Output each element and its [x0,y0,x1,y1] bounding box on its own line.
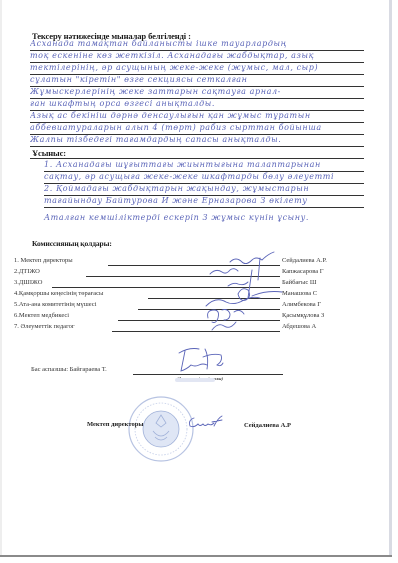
director-name: Сейдалиева А.Р [244,422,291,429]
page-edge-right [389,0,392,556]
page-edge-bottom [0,555,392,557]
findings-line: Жұмыскерлерінің жеке заттарын сақтауға а… [30,87,364,99]
commission-row: 4.Қамқоршы кеңесінің төрағасы Манашова С [14,289,344,300]
commission-row: 6.Мектеп медбикесі Қасымқұлова З [14,311,344,322]
member-role: 1. Мектеп директоры [14,257,73,264]
director-role: Мектеп директоры [87,421,143,428]
member-role: 5.Ата-ана комитетінің мүшесі [14,301,97,308]
commission-row: 7. Әлеуметтік педагог Абдешова А [14,322,344,333]
head-cook-signature-icon [175,343,225,375]
member-role: 2.ДТІЖО [14,268,40,275]
commission-row: 2.ДТІЖО Капжасарова Г [14,267,344,278]
member-role: 3.ДШІЖО [14,279,42,286]
official-stamp-icon [127,395,195,463]
findings-line: аббевиатураларын алып 4 (төрт) рабиз сыр… [30,123,364,135]
recommendation-line: 2. Қоймадағы жабдықтарын жақындау, жұмыс… [44,184,364,196]
findings-line: тектілерінің, әр асущының жеке-жеке (жұм… [30,63,364,75]
findings-line: Жалпы тізбедегі тағамдардың сапасы анықт… [30,135,364,147]
findings-line: Асханада тамақтан байланысты ішке тауарл… [30,39,364,51]
document-page: Тексеру нәтижесінде мыналар белгіленді :… [0,0,398,563]
findings-handwritten-block: Асханада тамақтан байланысты ішке тауарл… [30,39,364,159]
recommendation-line: тағайындау Байтурова И және Ерназарова З… [44,196,364,208]
director-signature-icon [186,414,226,430]
commission-row: 3.ДШІЖО Байбағыс Ш [14,278,344,289]
findings-line: сұлатын "кіретін" өзге секциясы сеткалға… [30,75,364,87]
recommendations-heading: Ұсыныс: [32,148,66,158]
findings-line: тоқ ескеніне көз жеткізіл. Асханадағы жа… [30,51,364,63]
commission-row: 5.Ата-ана комитетінің мүшесі Алимбекова … [14,300,344,311]
head-cook-label: Бас аспазшы: Байгараева Т. [31,366,107,373]
recommendation-line: 1. Асханадағы шұғыттағы жиынтығына талап… [44,160,364,172]
member-role: 6.Мектеп медбикесі [14,312,69,319]
commission-heading: Комиссияның қолдары: [32,239,112,248]
recommendations-handwritten-block: 1. Асханадағы шұғыттағы жиынтығына талап… [44,160,364,208]
findings-line: Азық ас бекініш дәрнә денсаулығын қан жұ… [30,111,364,123]
faint-mark [175,378,215,382]
findings-blank-line [30,147,364,159]
member-role: 7. Әлеуметтік педагог [14,323,74,330]
recommendation-free-line: Аталған кемшіліктерді ескеріп 3 жұмыс кү… [44,213,309,222]
member-role: 4.Қамқоршы кеңесінің төрағасы [14,290,103,297]
commission-row: 1. Мектеп директоры Сейдалиева А.Р. [14,256,344,267]
recommendation-line: сақтау, әр асущыға жеке-жеке шкафтарды б… [44,172,364,184]
page-edge-left [0,0,2,556]
commission-signatures-icon [190,248,290,336]
findings-line: ған шкафтың орса өзгесі анықталды. [30,99,364,111]
